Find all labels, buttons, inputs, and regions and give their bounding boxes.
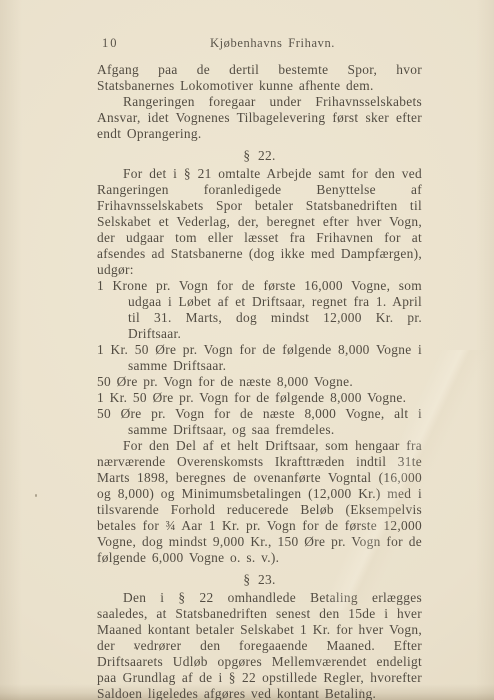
section-22-example: For den Del af et helt Driftsaar, som he… bbox=[97, 438, 422, 566]
paper-speck bbox=[35, 494, 37, 497]
paragraph-continuation: Afgang paa de dertil bestemte Spor, hvor… bbox=[97, 62, 422, 94]
rate-item: 50 Øre pr. Vogn for de næste 8,000 Vogne… bbox=[97, 406, 422, 438]
page-body: Afgang paa de dertil bestemte Spor, hvor… bbox=[97, 62, 422, 700]
section-22-heading: § 22. bbox=[97, 148, 422, 164]
rate-list: 1 Krone pr. Vogn for de første 16,000 Vo… bbox=[97, 278, 422, 438]
book-page-scan: 10 Kjøbenhavns Frihavn. Afgang paa de de… bbox=[0, 0, 494, 700]
running-title: Kjøbenhavns Frihavn. bbox=[110, 35, 435, 51]
section-22-intro: For det i § 21 omtalte Arbejde samt for … bbox=[97, 166, 422, 278]
running-header: 10 Kjøbenhavns Frihavn. bbox=[97, 35, 422, 51]
rate-item: 1 Kr. 50 Øre pr. Vogn for de følgende 8,… bbox=[97, 390, 422, 406]
rate-item: 50 Øre pr. Vogn for de næste 8,000 Vogne… bbox=[97, 374, 422, 390]
paragraph-rangering: Rangeringen foregaar under Frihavnsselsk… bbox=[97, 94, 422, 142]
section-23-paragraph: Den i § 22 omhandlede Betaling erlægges … bbox=[97, 590, 422, 700]
rate-item: 1 Krone pr. Vogn for de første 16,000 Vo… bbox=[97, 278, 422, 342]
rate-item: 1 Kr. 50 Øre pr. Vogn for de følgende 8,… bbox=[97, 342, 422, 374]
section-23-heading: § 23. bbox=[97, 572, 422, 588]
